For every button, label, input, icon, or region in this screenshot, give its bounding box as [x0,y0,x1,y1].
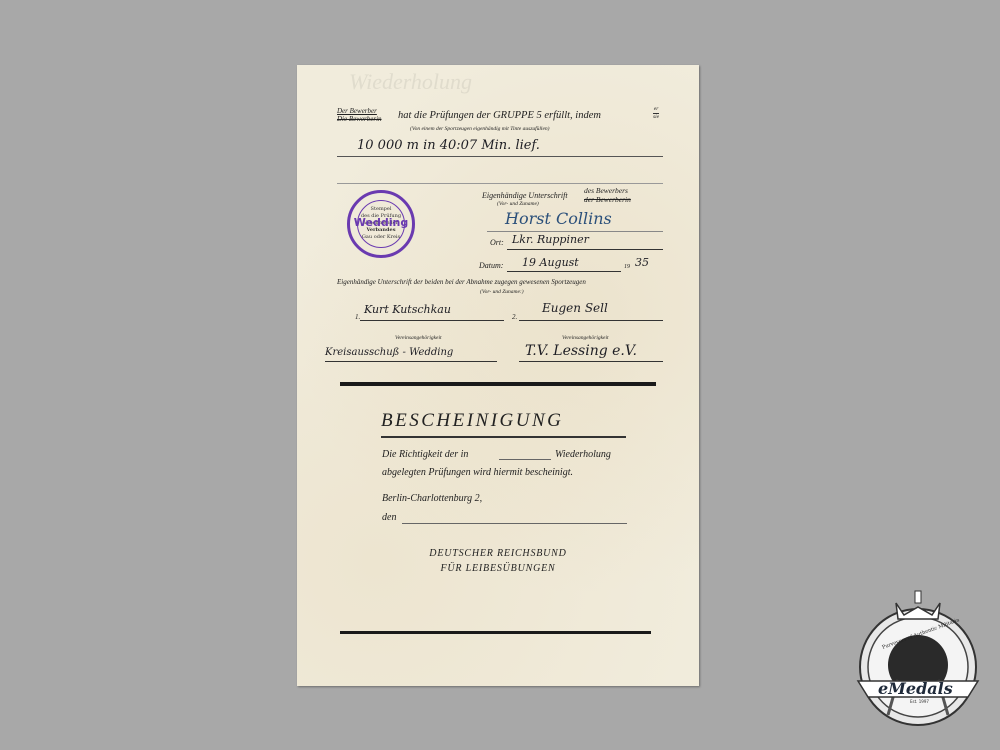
fraction-top: er [653,106,659,114]
fraction-er-sie: er sie [653,106,659,121]
witness1-signature: Kurt Kutschkau [364,303,451,316]
male-label: Der Bewerber [337,107,382,115]
witness2-club: T.V. Lessing e.V. [525,343,637,359]
stamp-line: Stempel [358,206,404,213]
witness-sub-label: (Vor- und Zuname:) [480,289,524,295]
official-stamp: Stempel des die Prüfung abnehmenden Verb… [347,190,415,258]
result-underline [337,156,663,157]
witness1-club-line [325,361,497,362]
cert-place: Berlin-Charlottenburg 2, [382,493,482,504]
witness-label: Eigenhändige Unterschrift der beiden bei… [337,278,586,286]
place-line [507,249,663,250]
signature-sub-label: (Vor- und Zuname) [497,201,539,207]
top-thick-rule [340,382,656,386]
witness1-line [360,320,504,321]
of-applicant-male: des Bewerbers [584,186,631,195]
org-line1: DEUTSCHER REICHSBUND [297,548,699,559]
emedals-logo-icon [848,585,988,735]
logo-brand: eMedals [878,679,953,698]
org-line2: FÜR LEIBESÜBUNGEN [297,563,699,574]
cert-line1b: Wiederholung [555,449,611,460]
stamp-line: Gau oder Kreis [358,234,404,241]
witness2-line [519,320,663,321]
witness1-club: Kreisausschuß - Wedding [325,347,453,358]
witness2-club-label: Vereinsangehörigkeit [562,335,609,341]
divider [337,183,663,184]
cert-date-line [402,523,627,524]
ink-instruction: (Von einem der Sportzeugen eigenhändig m… [410,126,549,132]
signature-line [487,231,663,232]
cert-date-label: den [382,512,396,523]
logo-est: Est. 1997 [910,699,929,704]
witness2-club-line [519,361,663,362]
date-label: Datum: [479,261,503,270]
applicant-gender-labels: Der Bewerber Die Bewerberin [337,107,382,123]
ghost-header-text: Wiederholung [349,69,472,95]
witness2-num: 2. [512,313,517,321]
bottom-thick-rule [340,631,651,634]
cert-blank [499,459,551,460]
place-label: Ort: [490,238,504,247]
applicant-signature: Horst Collins [505,209,612,228]
year-prefix: 19 [624,264,630,270]
fraction-bottom: sie [653,114,659,121]
signature-label: Eigenhändige Unterschrift [482,191,568,200]
date-value: 19 August [522,256,579,269]
emedals-logo: eMedals Purveyors of Authentic Militaria… [848,585,988,735]
female-label-struck: Die Bewerberin [337,115,382,123]
certificate-title: BESCHEINIGUNG [381,410,563,432]
stamp-place: Wedding [350,216,412,229]
applicant-statement: hat die Prüfungen der GRUPPE 5 erfüllt, … [398,110,601,121]
witness1-club-label: Vereinsangehörigkeit [395,335,442,341]
title-underline [381,436,626,438]
witness2-signature: Eugen Sell [542,301,608,315]
place-value: Lkr. Ruppiner [512,233,589,246]
date-line [507,271,621,272]
applicant-gender-choice: des Bewerbers der Bewerberin [584,186,631,204]
cert-line1a: Die Richtigkeit der in [382,449,468,460]
document-page: Wiederholung Der Bewerber Die Bewerberin… [297,65,699,686]
handwritten-result: 10 000 m in 40:07 Min. lief. [357,138,540,153]
of-applicant-female-struck: der Bewerberin [584,195,631,204]
year-suffix: 35 [635,256,649,269]
cert-line2: abgelegten Prüfungen wird hiermit besche… [382,467,573,478]
